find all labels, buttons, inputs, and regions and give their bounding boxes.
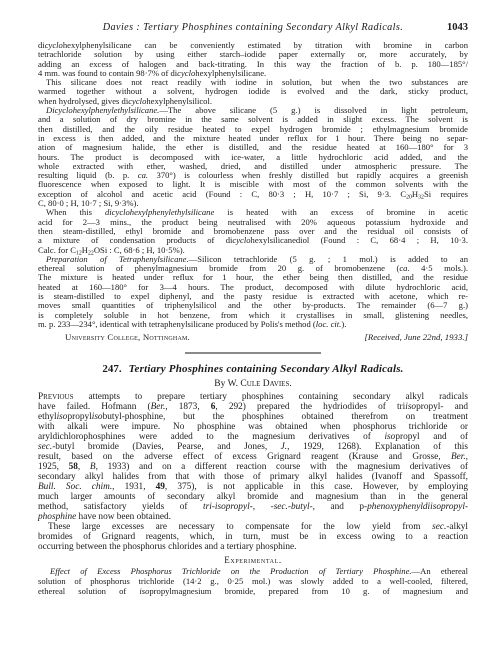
paragraph: Effect of Excess Phosphorus Trichloride … (38, 566, 468, 596)
text-line: secondary alkyl halides from that with t… (38, 472, 468, 482)
experimental-body: Effect of Excess Phosphorus Trichloride … (38, 566, 468, 596)
article-heading: 247.Tertiary Phosphines containing Secon… (38, 363, 468, 376)
text-line: occurring between the phosphorus chlorid… (38, 542, 468, 552)
paragraph: These large excesses are necessary to co… (38, 522, 468, 552)
received-date: [Received, June 22nd, 1933.] (364, 332, 468, 342)
byline: By W. Cule Davies. (38, 379, 468, 390)
institution-line: University College, Nottingham. (65, 332, 190, 342)
text-line: ethereal solution of isopropylmagnesium … (38, 586, 468, 596)
text-line: Bull. Soc. chim., 1931, 49, 375), is not… (38, 482, 468, 492)
article-introduction: Previous attempts to prepare tertiary ph… (38, 392, 468, 552)
text-line: phosphine have now been obtained. (38, 512, 468, 522)
running-header: Davies : Tertiary Phosphines containing … (38, 22, 468, 34)
text-line: 1925, 58, B, 1933) and on a different re… (38, 462, 468, 472)
text-line: result, based on the adverse effect of e… (38, 452, 468, 462)
text-line: Effect of Excess Phosphorus Trichloride … (38, 566, 468, 576)
text-column: Davies : Tertiary Phosphines containing … (38, 0, 468, 596)
text-line: method, satisfactory yields of tri-isopr… (38, 502, 468, 512)
article-number: 247. (102, 363, 121, 375)
paragraph: When this dicyclohexylphenylethylsilican… (38, 208, 468, 254)
text-line: m. p. 233—234°, identical with tetraphen… (38, 320, 468, 329)
paragraph: This silicane does not react readily wit… (38, 78, 468, 106)
text-line: ethylisopropylisobutyl-phosphine, but th… (38, 412, 468, 422)
article-divider-rule (185, 352, 321, 354)
text-line: These large excesses are necessary to co… (38, 522, 468, 532)
paragraph: Preparation of Tetraphenylsilicane.—Sili… (38, 255, 468, 329)
paragraph: dicyclohexylphenylsilicane can be conven… (38, 41, 468, 78)
running-header-title: Davies : Tertiary Phosphines containing … (38, 22, 468, 34)
text-line: have failed. Hofmann (Ber., 1873, 6, 292… (38, 402, 468, 412)
page-number: 1043 (441, 22, 468, 34)
text-line: Previous attempts to prepare tertiary ph… (38, 392, 468, 402)
article-title: Tertiary Phosphines containing Secondary… (129, 363, 404, 375)
text-line: much larger amounts of secondary alkyl b… (38, 492, 468, 502)
journal-page: Davies : Tertiary Phosphines containing … (0, 0, 500, 672)
previous-article-body: dicyclohexylphenylsilicane can be conven… (38, 41, 468, 329)
text-line: solution of phosphorus trichloride (14·2… (38, 576, 468, 586)
text-line: with alkali were impure. No phosphine wa… (38, 422, 468, 432)
paragraph: Dicyclohexylphenylethylsilicane.—The abo… (38, 106, 468, 208)
text-line: bromides of Grignard reagents, which, in… (38, 532, 468, 542)
experimental-heading: Experimental. (38, 555, 468, 566)
signature-row: University College, Nottingham. [Receive… (38, 332, 468, 342)
paragraph: Previous attempts to prepare tertiary ph… (38, 392, 468, 522)
text-line: aryldichlorophosphines were added to the… (38, 432, 468, 442)
text-line: sec.-butyl bromide (Davies, Pearse, and … (38, 442, 468, 452)
